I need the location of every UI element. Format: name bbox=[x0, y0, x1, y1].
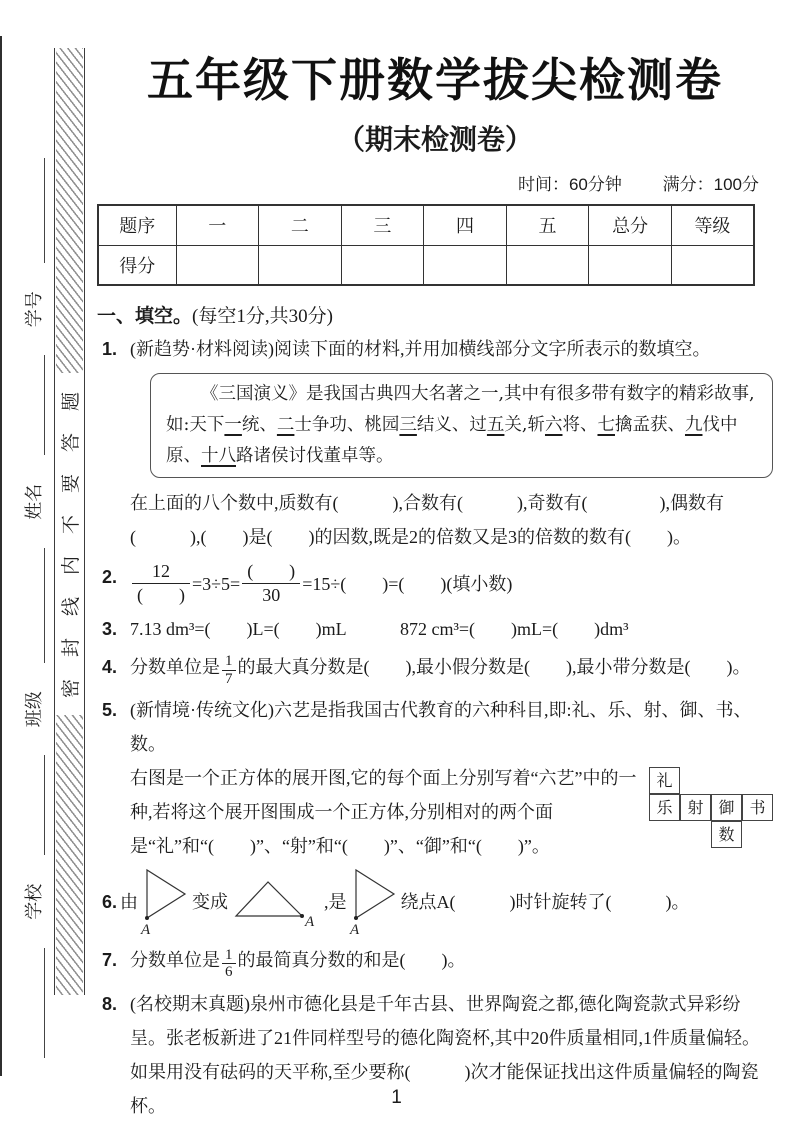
question-6-text: 由 bbox=[120, 885, 138, 919]
underlined-number: 一 bbox=[224, 415, 242, 435]
question-6-text: 变成 bbox=[192, 885, 228, 919]
cube-net-diagram: 礼 乐 射 御 书 数 bbox=[649, 767, 773, 848]
box-text: 将、 bbox=[562, 415, 597, 435]
underlined-number: 十八 bbox=[201, 446, 236, 466]
page-number: 1 bbox=[0, 1087, 793, 1109]
question-1-text: (新趋势·材料阅读)阅读下面的材料,并用加横线部分文字所表示的数填空。 bbox=[130, 339, 710, 359]
score-cell bbox=[259, 245, 342, 285]
page-edge-line bbox=[0, 36, 2, 1076]
question-5-body: 礼 乐 射 御 书 数 右图是一个正方体的展开图,它的每个面上分别写着“六艺”中… bbox=[130, 761, 773, 863]
underlined-number: 三 bbox=[399, 415, 417, 435]
box-text: 统、 bbox=[242, 415, 277, 435]
question-7-number: 7. bbox=[102, 943, 117, 977]
question-2-number: 2. bbox=[102, 560, 117, 594]
net-cell: 数 bbox=[711, 821, 742, 848]
score-table-header-row: 题序 一 二 三 四 五 总分 等级 bbox=[98, 205, 754, 245]
student-id-blank-line bbox=[44, 356, 45, 456]
full-score: 满分：100分 bbox=[663, 175, 759, 194]
underlined-number: 二 bbox=[277, 415, 295, 435]
question-6-text: 绕点A( )时针旋转了( )。 bbox=[401, 885, 690, 919]
seal-band: 密封线内不要答题 bbox=[54, 48, 85, 995]
student-info-labels: 学校 班级 姓名 学号 bbox=[14, 158, 52, 1058]
question-1-number: 1. bbox=[102, 332, 117, 366]
score-cell bbox=[176, 245, 259, 285]
net-cell: 御 bbox=[711, 794, 742, 821]
score-cell bbox=[424, 245, 507, 285]
fraction: ( )30 bbox=[242, 560, 300, 608]
net-cell: 礼 bbox=[649, 767, 680, 794]
fraction: 12( ) bbox=[132, 560, 190, 608]
name-blank-line bbox=[44, 548, 45, 663]
main-content: 五年级下册数学拔尖检测卷 （期末检测卷） 时间：60分钟 满分：100分 题序 … bbox=[97, 44, 773, 1122]
section-title: 一、填空。 bbox=[97, 306, 192, 327]
hatch-pattern-top bbox=[56, 48, 83, 373]
question-7: 7. 分数单位是16的最简真分数的和是( )。 bbox=[97, 943, 773, 981]
name-label: 姓名 bbox=[20, 484, 46, 520]
school-label: 学校 bbox=[20, 884, 46, 920]
point-a-label: A bbox=[140, 922, 151, 937]
question-1-material-box: 《三国演义》是我国古典四大名著之一,其中有很多带有数字的精彩故事,如:天下一统、… bbox=[150, 373, 773, 478]
question-3: 3. 7.13 dm³=( )L=( )mL 872 cm³=( )mL=( )… bbox=[97, 612, 773, 646]
equation-tail: =15÷( )=( )(填小数) bbox=[302, 567, 512, 601]
score-cell bbox=[589, 245, 672, 285]
question-1-continuation: 在上面的八个数中,质数有( ),合数有( ),奇数有( ),偶数有( ),( )… bbox=[130, 486, 773, 554]
question-5: 5. (新情境·传统文化)六艺是指我国古代教育的六种科目,即:礼、乐、射、御、书… bbox=[97, 693, 773, 863]
box-text: 关,斩 bbox=[504, 415, 545, 435]
score-table: 题序 一 二 三 四 五 总分 等级 得分 bbox=[97, 204, 755, 286]
question-6: 6. 由 A 变成 A ,是 A 绕 bbox=[97, 867, 773, 937]
question-8-number: 8. bbox=[102, 987, 117, 1021]
time-limit: 时间：60分钟 bbox=[518, 175, 622, 194]
score-row-label: 得分 bbox=[98, 245, 176, 285]
box-text: 士争功、桃园 bbox=[294, 415, 399, 435]
section-note: (每空1分,共30分) bbox=[192, 306, 333, 327]
underlined-number: 六 bbox=[545, 415, 563, 435]
box-text: 擒孟获、 bbox=[615, 415, 685, 435]
score-table-score-row: 得分 bbox=[98, 245, 754, 285]
student-id-label: 学号 bbox=[20, 291, 46, 327]
question-1: 1. (新趋势·材料阅读)阅读下面的材料,并用加横线部分文字所表示的数填空。 《… bbox=[97, 332, 773, 554]
question-6-text: ,是 bbox=[324, 885, 347, 919]
underlined-number: 九 bbox=[685, 415, 703, 435]
class-label: 班级 bbox=[20, 691, 46, 727]
seal-line-text: 密封线内不要答题 bbox=[55, 375, 84, 715]
header-cell: 题序 bbox=[98, 205, 176, 245]
section-one-heading: 一、填空。(每空1分,共30分) bbox=[97, 301, 773, 328]
question-3-number: 3. bbox=[102, 612, 117, 646]
header-cell: 五 bbox=[506, 205, 589, 245]
equation-middle: =3÷5= bbox=[192, 567, 240, 601]
top-blank-line bbox=[44, 158, 45, 263]
question-4-prefix: 分数单位是 bbox=[130, 657, 220, 677]
header-cell: 二 bbox=[259, 205, 342, 245]
underlined-number: 五 bbox=[487, 415, 505, 435]
question-5-number: 5. bbox=[102, 693, 117, 727]
question-4-number: 4. bbox=[102, 650, 117, 684]
triangle-up-icon: A bbox=[230, 876, 322, 928]
underlined-number: 七 bbox=[597, 415, 615, 435]
exam-page: 密封线内不要答题 学校 班级 姓名 学号 五年级下册数学拔尖检测卷 （期末检测卷… bbox=[0, 0, 793, 1122]
question-5-line1: (新情境·传统文化)六艺是指我国古代教育的六种科目,即:礼、乐、射、御、书、数。 bbox=[130, 693, 773, 761]
question-6-number: 6. bbox=[102, 885, 117, 919]
header-cell: 一 bbox=[176, 205, 259, 245]
score-cell bbox=[341, 245, 424, 285]
hatch-pattern-bottom bbox=[56, 715, 83, 995]
triangle-right-icon: A bbox=[140, 867, 190, 937]
school-blank-line bbox=[44, 948, 45, 1058]
net-cell: 乐 bbox=[649, 794, 680, 821]
page-title: 五年级下册数学拔尖检测卷 bbox=[97, 44, 773, 110]
fraction: 16 bbox=[222, 947, 236, 981]
fraction: 17 bbox=[222, 653, 236, 687]
question-7-prefix: 分数单位是 bbox=[130, 950, 220, 970]
class-blank-line bbox=[44, 756, 45, 856]
question-7-suffix: 的最简真分数的和是( )。 bbox=[238, 950, 466, 970]
question-4-suffix: 的最大真分数是( ),最小假分数是( ),最小带分数是( )。 bbox=[238, 657, 751, 677]
box-text: 结义、过 bbox=[417, 415, 487, 435]
triangle-right-icon: A bbox=[349, 867, 399, 937]
point-a-label: A bbox=[304, 914, 315, 928]
box-text: 路诸侯讨伐董卓等。 bbox=[236, 446, 394, 466]
point-a-label: A bbox=[349, 922, 360, 937]
net-cell: 射 bbox=[680, 794, 711, 821]
page-subtitle: （期末检测卷） bbox=[97, 118, 773, 158]
header-cell: 四 bbox=[424, 205, 507, 245]
header-cell: 总分 bbox=[589, 205, 672, 245]
header-cell: 三 bbox=[341, 205, 424, 245]
question-2: 2. 12( ) =3÷5= ( )30 =15÷( )=( )(填小数) bbox=[97, 560, 773, 608]
header-cell: 等级 bbox=[671, 205, 754, 245]
fill-in-questions: 1. (新趋势·材料阅读)阅读下面的材料,并用加横线部分文字所表示的数填空。 《… bbox=[97, 332, 773, 1122]
score-cell bbox=[506, 245, 589, 285]
net-cell: 书 bbox=[742, 794, 773, 821]
question-5-rest: 右图是一个正方体的展开图,它的每个面上分别写着“六艺”中的一种,若将这个展开图围… bbox=[130, 768, 636, 856]
exam-meta: 时间：60分钟 满分：100分 bbox=[97, 170, 773, 195]
question-4: 4. 分数单位是17的最大真分数是( ),最小假分数是( ),最小带分数是( )… bbox=[97, 650, 773, 688]
question-3-text: 7.13 dm³=( )L=( )mL 872 cm³=( )mL=( )dm³ bbox=[130, 619, 629, 639]
